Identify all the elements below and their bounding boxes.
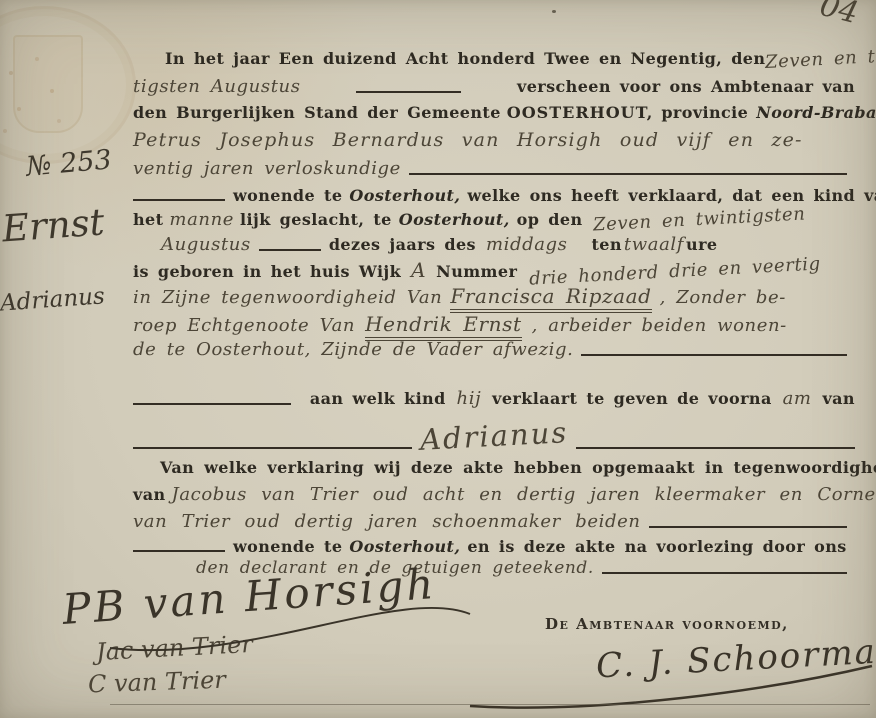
act-line-16: van Jacobus van Trier oud acht en dertig…: [133, 484, 855, 505]
printed-text: Nummer: [436, 262, 517, 281]
handwritten-date-part2: tigsten Augustus: [133, 76, 301, 97]
printed-text: dezes jaars des: [329, 235, 476, 254]
printed-text: verscheen voor ons Ambtenaar van: [517, 77, 855, 96]
handwritten-text: in Zijne tegenwoordigheid Van: [133, 287, 442, 308]
child-given-name: Adrianus: [419, 415, 569, 457]
witness1-signature: Jac van Trier: [95, 630, 253, 666]
printed-text: lijk geslacht, te: [240, 210, 392, 229]
act-line-6: wonende te Oosterhout, welke ons heeft v…: [133, 186, 855, 205]
blank-rule: [133, 187, 225, 201]
printed-text: Van welke verklaring wij deze akte hebbe…: [160, 458, 876, 477]
officer-title: De Ambtenaar voornoemd,: [545, 615, 789, 633]
printed-text: wonende te: [233, 186, 342, 205]
act-line-18: wonende te Oosterhout, en is deze akte n…: [133, 537, 855, 556]
handwritten-date-part1: Zeven en twin-: [765, 44, 876, 73]
margin-given-name: Adrianus: [0, 283, 106, 316]
blank-rule: [409, 161, 847, 175]
province-name: Noord-Brabant,: [756, 103, 876, 122]
printed-text: provincie: [661, 103, 748, 122]
blank-rule: [356, 79, 461, 93]
blank-rule: [602, 560, 847, 574]
blank-rule: [133, 391, 291, 405]
place-name: Oosterhout,: [349, 186, 460, 205]
handwritten-text: ventig jaren verloskundige: [133, 158, 401, 179]
declarant-name-handwritten: Petrus Josephus Bernardus van Horsigh ou…: [133, 129, 803, 151]
blank-rule: [649, 514, 847, 528]
act-line-8: Augustus dezes jaars des middags ten twa…: [133, 234, 855, 255]
act-line-1: In het jaar Een duizend Acht honderd Twe…: [165, 48, 855, 69]
witness-names-handwritten: Jacobus van Trier oud acht en dertig jar…: [172, 484, 876, 505]
act-line-10: in Zijne tegenwoordigheid Van Francisca …: [133, 284, 855, 313]
handwritten-text: de te Oosterhout, Zijnde de Vader afwezi…: [133, 339, 573, 360]
act-line-12: de te Oosterhout, Zijnde de Vader afwezi…: [133, 339, 855, 360]
act-line-11: roep Echtgenoote Van Hendrik Ernst , arb…: [133, 312, 855, 341]
seal-shield-icon: [13, 35, 83, 133]
act-line-15: Van welke verklaring wij deze akte hebbe…: [160, 458, 855, 477]
municipality-name: OOSTERHOUT,: [507, 103, 654, 122]
act-line-2: tigsten Augustus verscheen voor ons Ambt…: [133, 76, 855, 97]
printed-text: den Burgerlijken Stand der Gemeente: [133, 103, 501, 122]
printed-text: In het jaar Een duizend Acht honderd Twe…: [165, 49, 765, 68]
printed-text: is geboren in het huis Wijk: [133, 262, 401, 281]
act-line-7: het manne lijk geslacht, te Oosterhout, …: [133, 209, 855, 230]
place-name: Oosterhout,: [349, 537, 460, 556]
blank-rule: [133, 435, 412, 449]
act-line-4: Petrus Josephus Bernardus van Horsigh ou…: [133, 129, 855, 151]
handwritten-text: , Zonder be-: [660, 287, 786, 308]
mother-name: Francisca Ripzaad: [450, 284, 651, 313]
printed-text: welke ons heeft verklaard, dat een kind …: [467, 186, 876, 205]
blank-rule: [133, 538, 225, 552]
act-line-3: den Burgerlijken Stand der Gemeente OOST…: [133, 103, 855, 122]
handwritten-daypart: middags: [486, 234, 568, 255]
act-line-17: van Trier oud dertig jaren schoenmaker b…: [133, 511, 855, 532]
bottom-printed-rule: [110, 704, 870, 705]
corner-pen-mark: 04: [816, 0, 862, 31]
blank-rule: [259, 237, 321, 251]
printed-text: ure: [686, 235, 717, 254]
handwritten-text: van Trier oud dertig jaren schoenmaker b…: [133, 511, 641, 532]
margin-surname: Ernst: [1, 200, 106, 250]
witness2-signature: C van Trier: [88, 666, 227, 699]
printed-text: het: [133, 210, 163, 229]
handwritten-pronoun: hij: [457, 388, 482, 409]
embossed-seal-icon: [0, 6, 136, 164]
handwritten-hour: twaalf: [624, 234, 684, 255]
printed-text: ten: [592, 235, 622, 254]
place-name: Oosterhout,: [399, 210, 510, 229]
handwritten-birth-month: Augustus: [161, 234, 251, 255]
officer-signature: C. J. Schoormans: [595, 630, 876, 687]
handwritten-text: , arbeider beiden wonen-: [532, 315, 787, 336]
printed-text: van: [822, 389, 855, 408]
handwritten-gender: manne: [169, 209, 234, 230]
printed-text: wonende te: [233, 537, 342, 556]
printed-text: op den: [517, 210, 583, 229]
handwritten-name-suffix: am: [783, 388, 812, 409]
act-line-5: ventig jaren verloskundige: [133, 158, 855, 179]
father-name: Hendrik Ernst: [365, 312, 522, 341]
printed-text: aan welk kind: [310, 389, 446, 408]
handwritten-wijk: A: [411, 258, 426, 282]
printed-text: verklaart te geven de voorna: [492, 389, 772, 408]
handwritten-text: roep Echtgenoote Van: [133, 315, 355, 336]
blank-rule: [581, 342, 847, 356]
birth-certificate-page: 04 № 253 Ernst Adrianus In het jaar Een …: [0, 0, 876, 718]
handwritten-birth-day: Zeven en twintigsten: [592, 203, 805, 235]
blank-rule: [576, 435, 855, 449]
act-line-9: is geboren in het huis Wijk A Nummer dri…: [133, 258, 855, 282]
printed-text: en is deze akte na voorlezing door ons: [467, 537, 846, 556]
printed-text: van: [133, 485, 166, 504]
ink-speck: [552, 10, 556, 13]
act-number: № 253: [25, 144, 113, 182]
act-line-13: aan welk kind hij verklaart te geven de …: [133, 388, 855, 409]
act-line-14: Adrianus: [133, 419, 855, 453]
